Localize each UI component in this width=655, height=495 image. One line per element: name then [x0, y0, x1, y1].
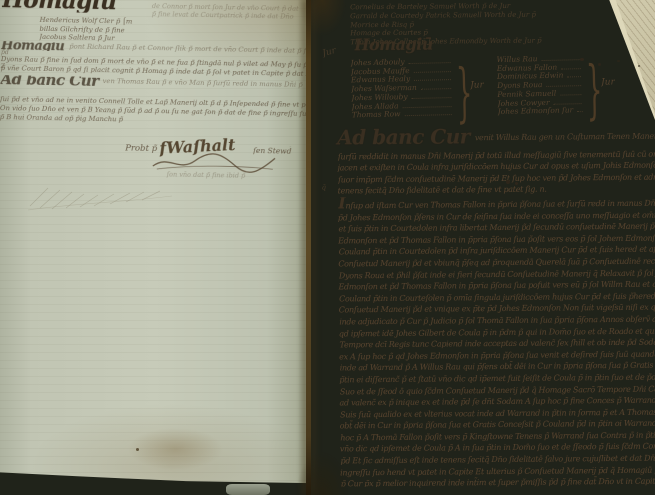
- left-heading2-tail: p̃ont Richard Rau p̃ et Connor ſlik p̃ m…: [69, 42, 307, 55]
- right-brace: }: [585, 56, 603, 129]
- juror-name: Johes Edmonſon ſur: [498, 106, 584, 117]
- left-heading-adbanc: Ad banc Cur: [0, 75, 98, 90]
- ink-speck: [136, 448, 139, 451]
- juror-names-left-column: Johes AdboulyJacobus MauffeEdwanus Healy…: [351, 57, 454, 120]
- court-entry-paragraph-1: ſurſū reddidit in manus Dn̄i Manerij p̃d…: [337, 149, 655, 197]
- right-page: Cornelius de Barteley Samuel Worth p̃ de…: [312, 0, 655, 491]
- gutter-crease: [306, 0, 311, 495]
- ink-blot: [638, 65, 640, 67]
- gutter-shadow-top: [296, 0, 348, 46]
- left-page-content: Homagiū de Connor p̃ mort ſon Jur de vn̄…: [2, 0, 308, 17]
- left-indent-block: Hendericus Wolf Cler p̃ ⌠mbillas Gilchri…: [39, 16, 189, 45]
- gutter-shadow-bottom: [294, 440, 350, 495]
- right-heading-adbanc: Ad banc Cur: [337, 124, 470, 149]
- left-page: Homagiū de Connor p̃ mort ſon Jur de vn̄…: [0, 0, 310, 486]
- pen-scribble: [26, 180, 176, 214]
- margin-note-q: q̃: [322, 183, 327, 191]
- ink-blot: [506, 180, 510, 184]
- text-line: p̃ Cur p̃x p̃ melior inquirend inde int̃…: [341, 476, 655, 490]
- adbanc-first-line: venit Willus Rau gen un Cuſtuman Tenen M…: [475, 131, 655, 142]
- text-line: Inſup ad iſtam Cur ven Thomas Fallon in …: [338, 195, 655, 212]
- jur-label-right: Jur: [601, 77, 615, 87]
- ink-blot: [515, 182, 518, 185]
- manuscript-photo: Homagiū de Connor p̃ mort ſon Jur de vn̄…: [0, 0, 655, 495]
- adbanc-heading-row: Ad banc Curvenit Willus Rau gen un Cuſtu…: [337, 123, 655, 150]
- left-margin-mark-1: p̃d: [1, 49, 9, 56]
- binding-clasp: [226, 484, 270, 495]
- right-page-content: Cornelius de Barteley Samuel Worth p̃ de…: [336, 0, 655, 1]
- left-heading3-tail: ven Thomas Rau p̃ e vn̄o Man p̃ ſurſū re…: [102, 77, 302, 89]
- left-brace: }: [456, 59, 474, 132]
- paper-stain: [128, 428, 223, 470]
- left-margin-mark-2: Z: [1, 63, 5, 70]
- court-entry-paragraph-2: Inſup ad iſtam Cur ven Thomas Fallon in …: [338, 195, 655, 491]
- right-heading-homagium: Homagiū: [354, 35, 433, 55]
- ink-blot: [598, 63, 601, 66]
- margin-note-jur: Jur: [321, 46, 337, 59]
- left-adbanc-lines: ſui p̃d et vn̄o ad ne in venito Connell …: [0, 95, 306, 127]
- steward-attestation-row: Probt̃ p̃ fWaſhalt ſen Stewd̃: [125, 137, 310, 175]
- attestation-suffix: ſen Stewd̃: [253, 146, 291, 156]
- juror-name: Thomas Row: [352, 109, 454, 120]
- photo-content: Homagiū de Connor p̃ mort ſon Jur de vn̄…: [0, 0, 655, 495]
- steward-signature: fWaſhalt: [159, 135, 236, 158]
- jur-label-left: Jur: [470, 80, 484, 90]
- left-heading-homagium-mid: Homagiū: [1, 41, 64, 54]
- juror-names-right-column: Willus RauEdwanus FallonDominicus EdwinD…: [496, 54, 583, 117]
- ink-blot: [617, 60, 620, 62]
- ink-blot: [580, 58, 584, 61]
- left-heading2-row: Homagiūp̃ont Richard Rau p̃ et Connor ſl…: [1, 41, 307, 56]
- ghost-text-line: ſon vn̄o dat p̃ fine ibid p̃: [167, 170, 307, 181]
